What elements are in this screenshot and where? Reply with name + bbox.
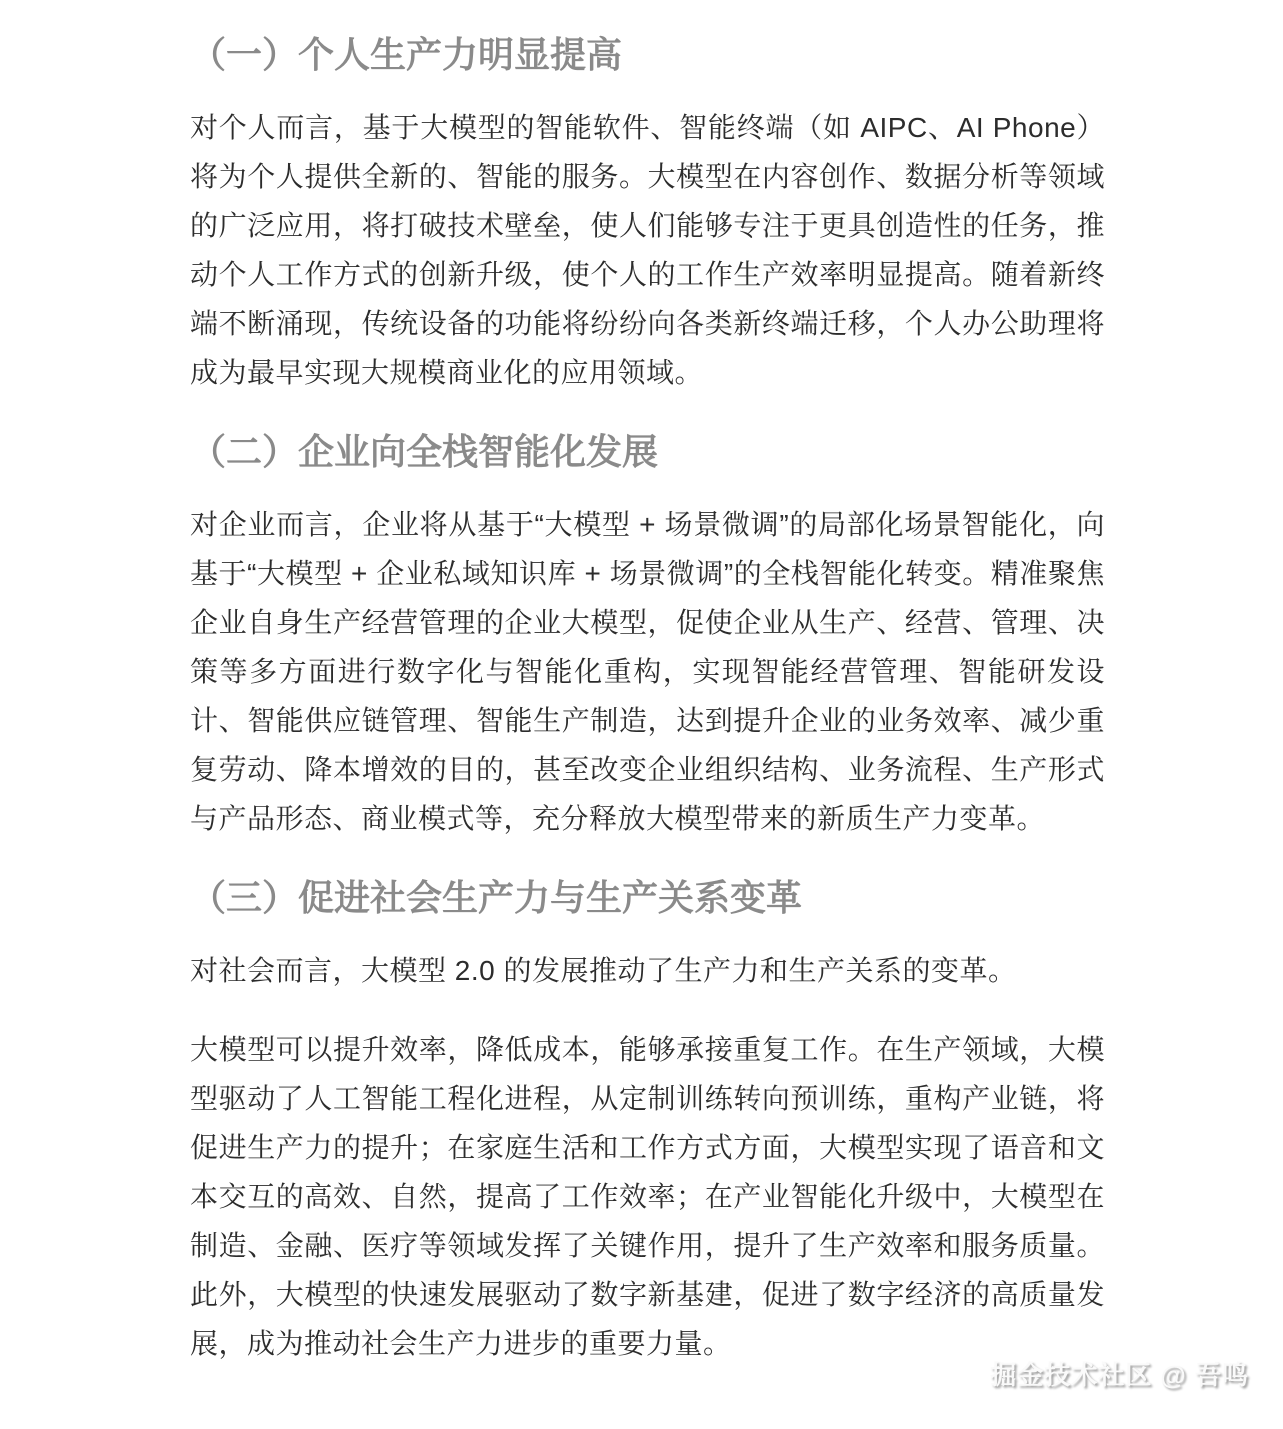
section-3-paragraph-1: 对社会而言，大模型 2.0 的发展推动了生产力和生产关系的变革。 (190, 946, 1105, 995)
section-personal-productivity: （一）个人生产力明显提高 对个人而言，基于大模型的智能软件、智能终端（如 AIP… (190, 30, 1105, 397)
section-enterprise-fullstack: （二）企业向全栈智能化发展 对企业而言，企业将从基于“大模型 + 场景微调”的局… (190, 427, 1105, 843)
section-heading-2: （二）企业向全栈智能化发展 (190, 427, 1105, 476)
section-heading-1: （一）个人生产力明显提高 (190, 30, 1105, 79)
document-page: （一）个人生产力明显提高 对个人而言，基于大模型的智能软件、智能终端（如 AIP… (0, 0, 1283, 1429)
section-3-paragraph-2: 大模型可以提升效率，降低成本，能够承接重复工作。在生产领域，大模型驱动了人工智能… (190, 1025, 1105, 1368)
watermark-credit: 掘金技术社区 @ 吾鸣 (990, 1355, 1249, 1392)
section-social-productivity: （三）促进社会生产力与生产关系变革 对社会而言，大模型 2.0 的发展推动了生产… (190, 873, 1105, 1368)
section-heading-3: （三）促进社会生产力与生产关系变革 (190, 873, 1105, 922)
section-1-paragraph-1: 对个人而言，基于大模型的智能软件、智能终端（如 AIPC、AI Phone）将为… (190, 103, 1105, 397)
section-2-paragraph-1: 对企业而言，企业将从基于“大模型 + 场景微调”的局部化场景智能化，向基于“大模… (190, 500, 1105, 843)
document-content: （一）个人生产力明显提高 对个人而言，基于大模型的智能软件、智能终端（如 AIP… (0, 0, 1283, 1368)
